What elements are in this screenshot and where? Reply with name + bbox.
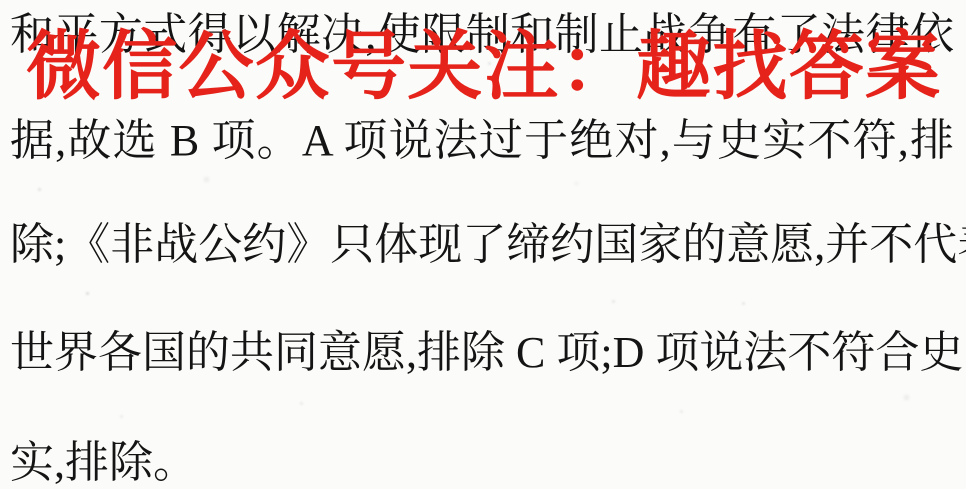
scanned-document-page: 和平方式得以解决,使限制和制止战争有了法律依 微信公众号关注：趣找答案 据,故选…: [0, 0, 966, 489]
wechat-watermark-text: 微信公众号关注：趣找答案: [26, 22, 940, 110]
scan-noise-speckles: [0, 0, 3, 3]
document-text-line-5: 实,排除。: [10, 436, 954, 489]
document-text-line-4: 世界各国的共同意愿,排除 C 项;D 项说法不符合史: [10, 326, 954, 380]
document-text-line-3: 除;《非战公约》只体现了缔约国家的意愿,并不代表: [10, 218, 954, 272]
document-text-line-2: 据,故选 B 项。A 项说法过于绝对,与史实不符,排: [10, 114, 954, 168]
